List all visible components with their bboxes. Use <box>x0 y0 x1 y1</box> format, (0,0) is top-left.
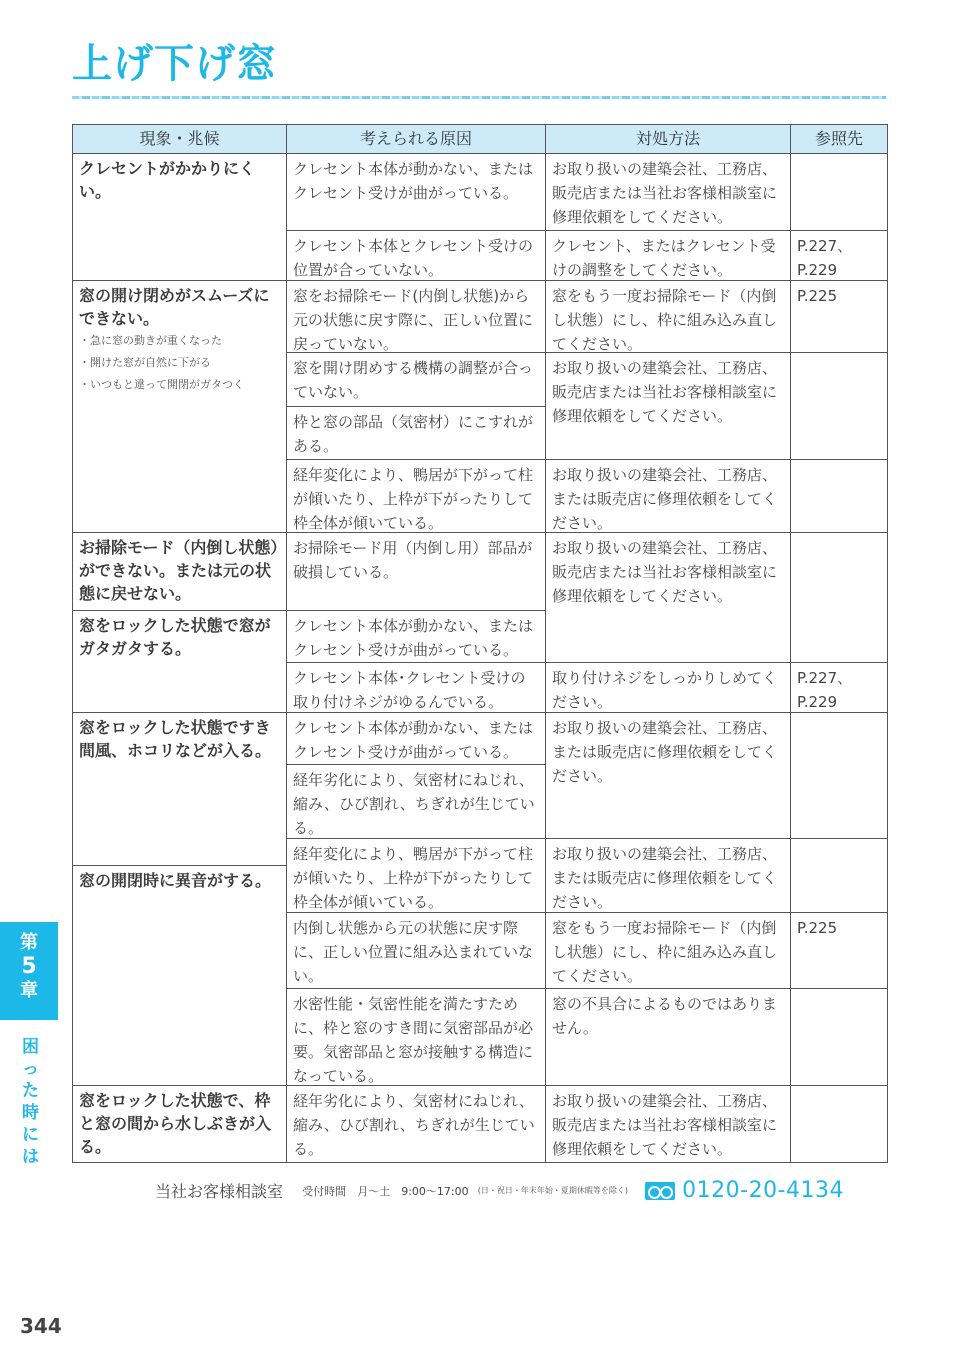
remedy-cell: お取り扱いの建築会社、工務店、または販売店に修理依頼をしてください。 <box>545 838 791 913</box>
chapter-prefix: 第 <box>0 932 58 954</box>
reference-cell <box>790 988 888 1086</box>
symptom-cell: お掃除モード（内倒し状態）ができない。または元の状態に戻せない。 <box>72 532 287 611</box>
symptom-text: 窓をロックした状態ですき間風、ホコリなどが入る。 <box>79 718 271 760</box>
remedy-cell: お取り扱いの建築会社、工務店、販売店または当社お客様相談室に修理依頼をしてくださ… <box>545 153 791 231</box>
contact-department: 当社お客様相談室 <box>155 1182 283 1201</box>
chapter-suffix: 章 <box>0 980 58 1002</box>
cause-cell: 内倒し状態から元の状態に戻す際に、正しい位置に組み込まれていない。 <box>286 912 546 989</box>
reference-cell[interactable]: P.227、 P.229 <box>790 230 888 281</box>
cause-cell: 水密性能・気密性能を満たすために、枠と窓のすき間に気密部品が必要。気密部品と窓が… <box>286 988 546 1086</box>
remedy-cell: 窓をもう一度お掃除モード（内倒し状態）にし、枠に組み込み直してください。 <box>545 912 791 989</box>
remedy-cell: 窓の不具合によるものではありません。 <box>545 988 791 1086</box>
header-symptom: 現象・兆候 <box>72 124 287 154</box>
reference-cell <box>790 838 888 913</box>
reference-cell <box>790 712 888 839</box>
chapter-tab[interactable]: 第 5 章 <box>0 922 58 1020</box>
chapter-label: 困った時には <box>22 1036 42 1168</box>
remedy-cell: クレセント、またはクレセント受けの調整をしてください。 <box>545 230 791 281</box>
page-title: 上げ下げ窓 <box>72 40 277 88</box>
hours-label: 受付時間 <box>302 1185 346 1198</box>
reference-cell[interactable]: P.227、 P.229 <box>790 662 888 713</box>
remedy-cell: 取り付けネジをしっかりしめてください。 <box>545 662 791 713</box>
remedy-cell: お取り扱いの建築会社、工務店、販売店または当社お客様相談室に修理依頼をしてくださ… <box>545 1085 791 1163</box>
remedy-cell: お取り扱いの建築会社、工務店、または販売店に修理依頼をしてください。 <box>545 459 791 533</box>
remedy-cell: お取り扱いの建築会社、工務店、販売店または当社お客様相談室に修理依頼をしてくださ… <box>545 352 791 460</box>
cause-cell: 枠と窓の部品（気密材）にこすれがある。 <box>286 406 546 460</box>
reference-cell <box>790 1085 888 1163</box>
cause-cell: お掃除モード用（内倒し用）部品が破損している。 <box>286 532 546 611</box>
symptom-cell: 窓をロックした状態ですき間風、ホコリなどが入る。 <box>72 712 287 866</box>
hours-note: (日・祝日・年末年始・夏期休暇等を除く) <box>478 1186 628 1195</box>
reference-cell <box>790 532 888 663</box>
cause-cell: クレセント本体が動かない、またはクレセント受けが曲がっている。 <box>286 153 546 231</box>
symptom-detail: ・急に窓の動きが重くなった <box>79 330 280 352</box>
title-underline <box>72 96 886 99</box>
remedy-cell: お取り扱いの建築会社、工務店、販売店または当社お客様相談室に修理依頼をしてくださ… <box>545 532 791 663</box>
cause-cell: 経年劣化により、気密材にねじれ、縮み、ひび割れ、ちぎれが生じている。 <box>286 1085 546 1163</box>
cause-cell: 窓を開け閉めする機構の調整が合っていない。 <box>286 352 546 407</box>
symptom-text: 窓の開け閉めがスムーズにできない。 <box>79 284 280 330</box>
symptom-detail: ・いつもと違って開閉がガタつく <box>79 374 280 396</box>
cause-cell: 経年変化により、鴨居が下がって柱が傾いたり、上枠が下がったりして枠全体が傾いてい… <box>286 838 546 913</box>
reference-cell <box>790 153 888 231</box>
reference-cell <box>790 352 888 460</box>
header-remedy: 対処方法 <box>545 124 791 154</box>
page-number: 344 <box>20 1314 62 1338</box>
remedy-cell: 窓をもう一度お掃除モード（内倒し状態）にし、枠に組み込み直してください。 <box>545 280 791 353</box>
reference-cell[interactable]: P.225 <box>790 280 888 353</box>
hours-value: 月〜土 9:00〜17:00 <box>357 1185 468 1198</box>
symptom-text: クレセントがかかりにくい。 <box>79 159 255 201</box>
symptom-cell: 窓の開閉時に異音がする。 <box>72 865 287 1086</box>
symptom-cell: クレセントがかかりにくい。 <box>72 153 287 281</box>
symptom-text: 窓をロックした状態で窓がガタガタする。 <box>79 616 271 658</box>
cause-cell: クレセント本体･クレセント受けの取り付けネジがゆるんでいる。 <box>286 662 546 713</box>
symptom-cell: 窓の開け閉めがスムーズにできない。 ・急に窓の動きが重くなった ・開けた窓が自然… <box>72 280 287 533</box>
freedial-icon <box>645 1182 675 1200</box>
symptom-detail: ・開けた窓が自然に下がる <box>79 352 280 374</box>
chapter-number: 5 <box>0 954 58 980</box>
symptom-text: 窓の開閉時に異音がする。 <box>79 871 271 890</box>
phone-number[interactable]: 0120-20-4134 <box>682 1178 844 1203</box>
header-cause: 考えられる原因 <box>286 124 546 154</box>
cause-cell: 経年変化により、鴨居が下がって柱が傾いたり、上枠が下がったりして枠全体が傾いてい… <box>286 459 546 533</box>
reference-cell <box>790 459 888 533</box>
cause-cell: クレセント本体が動かない、またはクレセント受けが曲がっている。 <box>286 712 546 765</box>
cause-cell: クレセント本体が動かない、またはクレセント受けが曲がっている。 <box>286 610 546 663</box>
reference-cell[interactable]: P.225 <box>790 912 888 989</box>
cause-cell: 窓をお掃除モード(内倒し状態)から元の状態に戻す際に、正しい位置に戻っていない。 <box>286 280 546 353</box>
symptom-text: お掃除モード（内倒し状態）ができない。または元の状態に戻せない。 <box>79 538 278 603</box>
symptom-cell: 窓をロックした状態で、枠と窓の間から水しぶきが入る。 <box>72 1085 287 1163</box>
cause-cell: クレセント本体とクレセント受けの位置が合っていない。 <box>286 230 546 281</box>
symptom-text: 窓をロックした状態で、枠と窓の間から水しぶきが入る。 <box>79 1091 271 1156</box>
remedy-cell: お取り扱いの建築会社、工務店、または販売店に修理依頼をしてください。 <box>545 712 791 839</box>
contact-footer: 当社お客様相談室 受付時間 月〜土 9:00〜17:00 (日・祝日・年末年始・… <box>155 1178 895 1202</box>
cause-cell: 経年劣化により、気密材にねじれ、縮み、ひび割れ、ちぎれが生じている。 <box>286 764 546 839</box>
header-reference: 参照先 <box>790 124 888 154</box>
symptom-cell: 窓をロックした状態で窓がガタガタする。 <box>72 610 287 713</box>
